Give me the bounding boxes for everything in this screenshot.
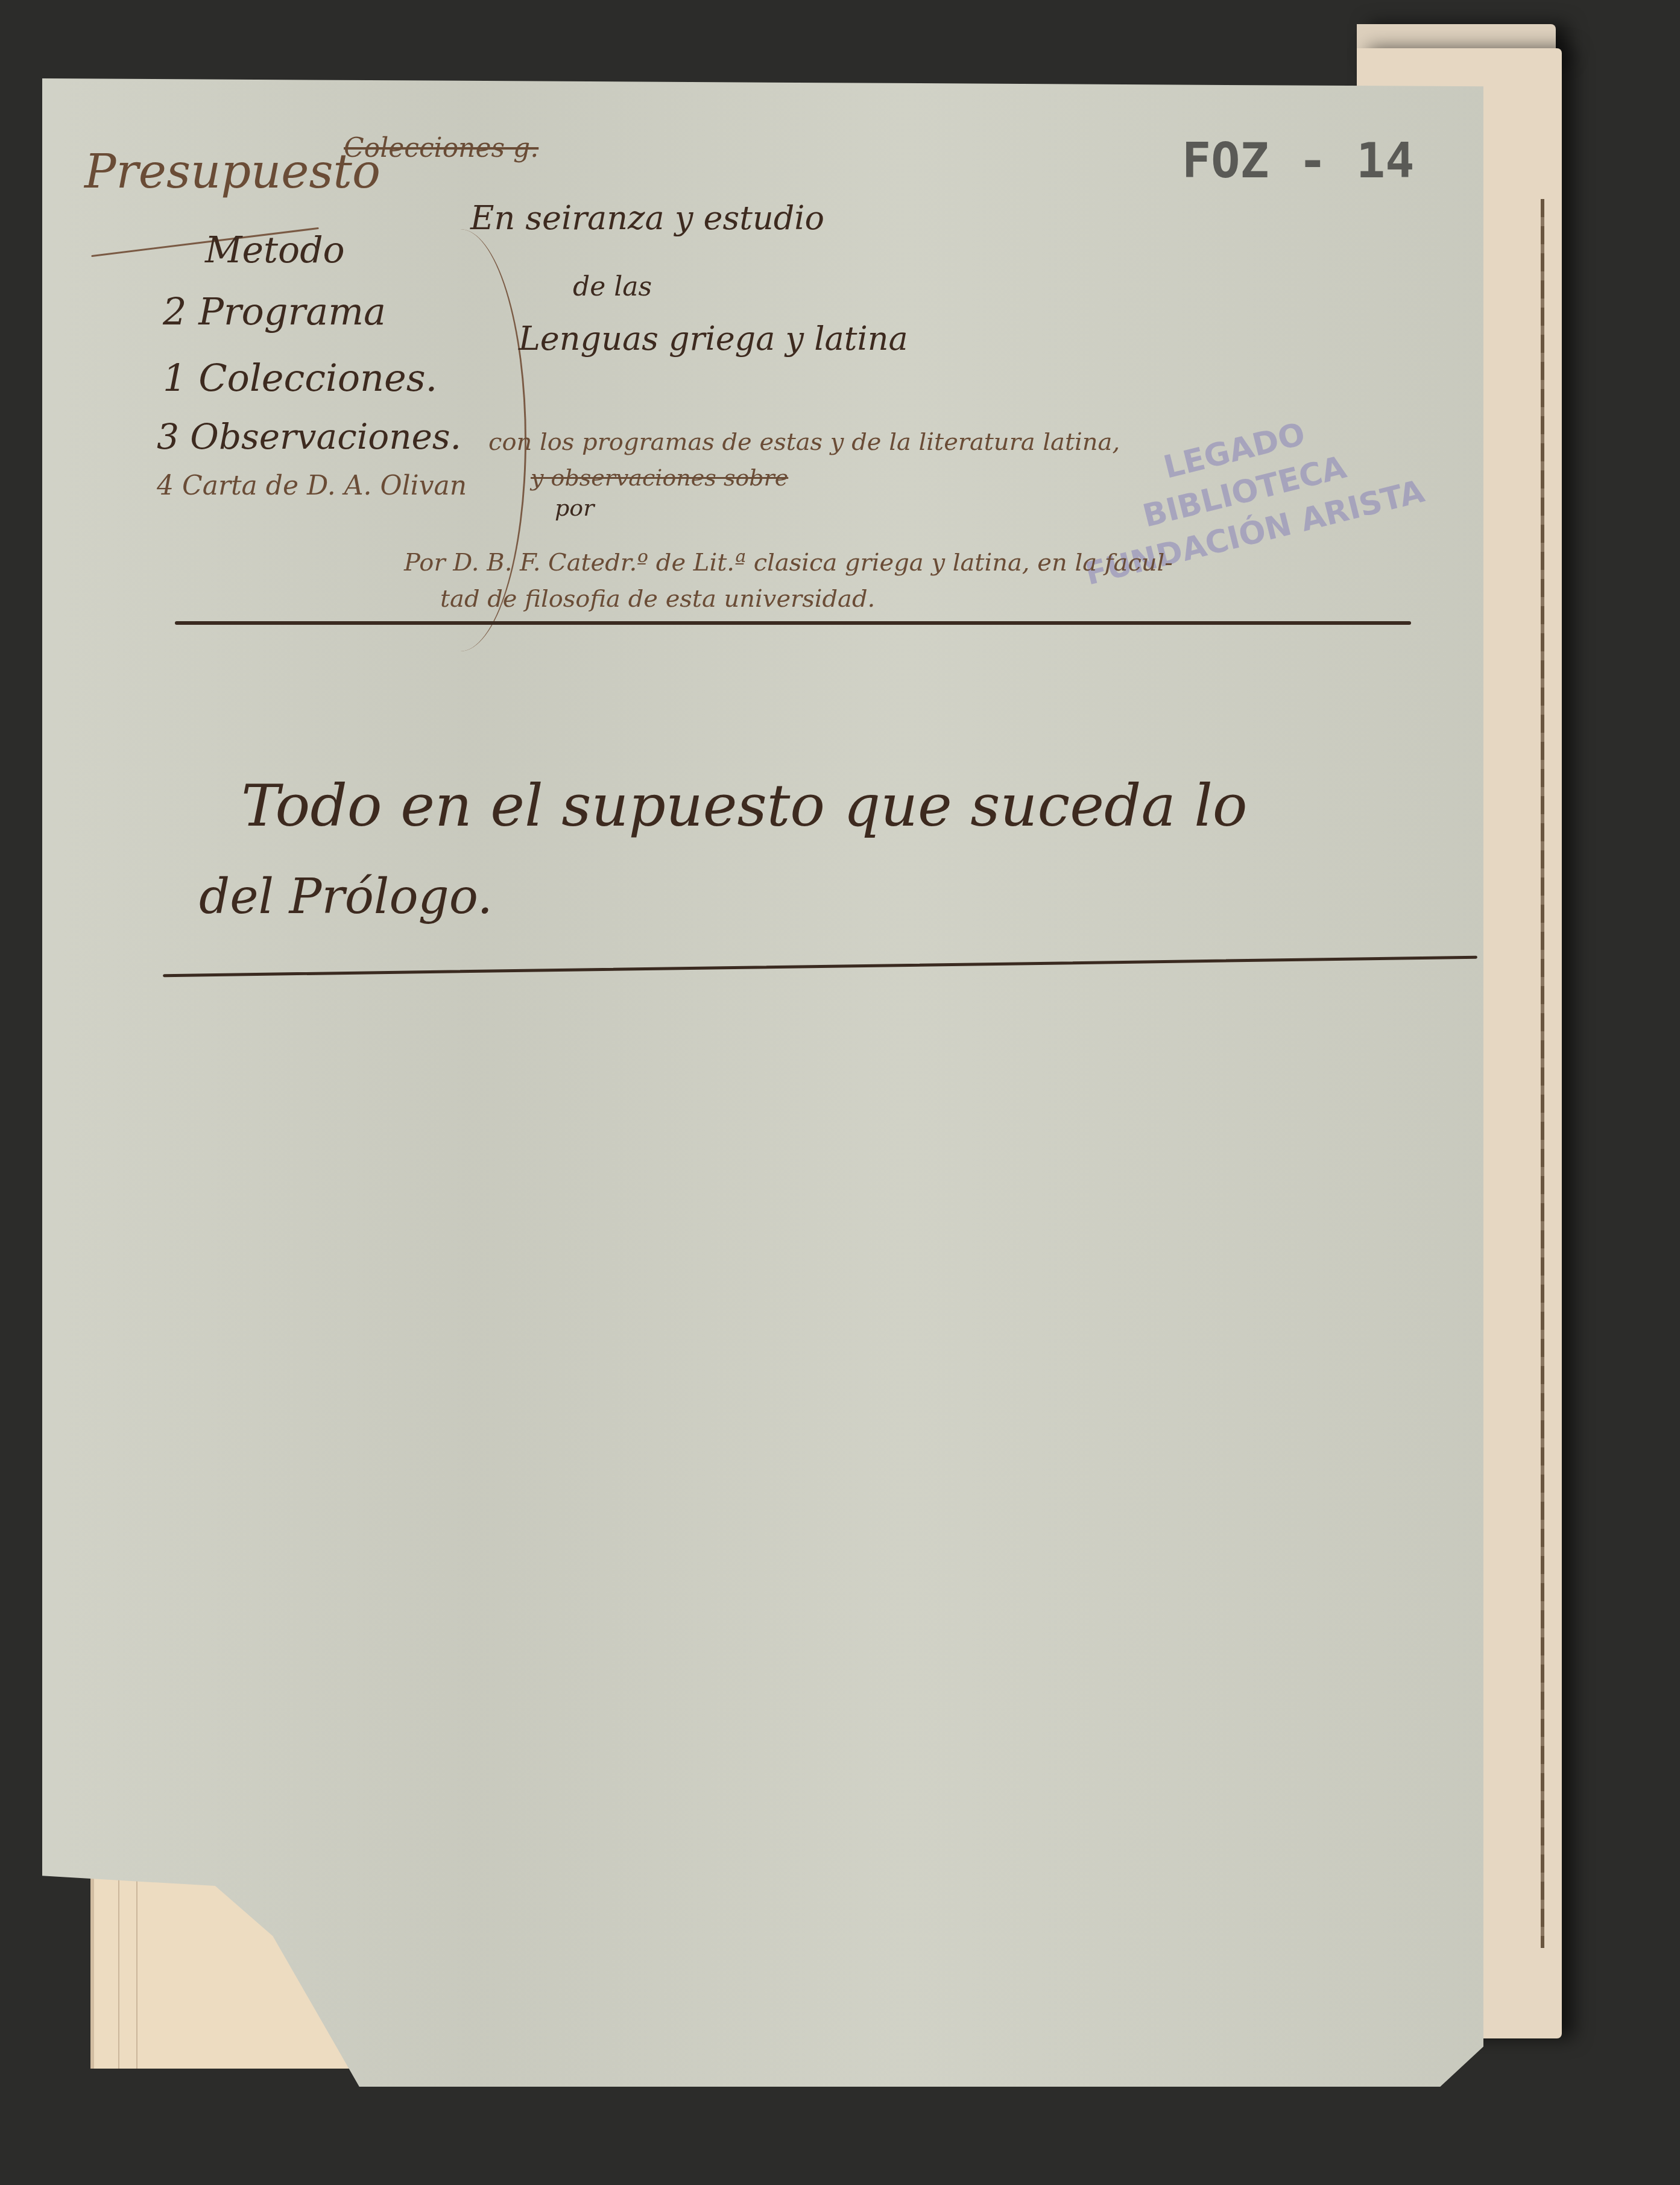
section-divider	[163, 956, 1477, 977]
margin-item-num: 3	[157, 416, 179, 457]
margin-item: 4 Carta de D. A. Olivan	[157, 470, 467, 501]
body-line: por	[555, 495, 594, 521]
margin-item: 3 Observaciones.	[157, 416, 461, 457]
title-line: En seiranza y estudio	[470, 199, 824, 237]
main-note-line: Todo en el supuesto que suceda lo	[241, 772, 1248, 840]
margin-heading-struck: Colecciones g.	[344, 133, 538, 163]
body-line-struck: y observaciones sobre	[531, 464, 788, 491]
margin-item-text: Metodo	[205, 229, 345, 271]
margin-item-text: Carta de D. A. Olivan	[182, 470, 467, 501]
title-line: de las	[573, 271, 652, 302]
margin-heading: Presupuesto	[84, 145, 381, 199]
margin-item-num: 1	[163, 356, 186, 400]
body-line: Por D. B. F. Catedr.º de Lit.ª clasica g…	[404, 549, 1173, 577]
body-line: con los programas de estas y de la liter…	[488, 428, 1120, 456]
margin-item-text: Colecciones.	[198, 356, 437, 400]
margin-item-num: 4	[157, 470, 174, 501]
margin-item-text: Observaciones.	[190, 416, 461, 457]
library-stamp: LEGADO BIBLIOTECA FUNDACIÓN ARISTA	[1018, 378, 1478, 635]
manuscript-page: FOZ - 14 LEGADO BIBLIOTECA FUNDACIÓN ARI…	[42, 78, 1483, 2087]
torn-page-edge	[1541, 199, 1544, 1948]
main-note-line: del Prólogo.	[199, 868, 493, 925]
margin-item-text: Programa	[198, 289, 386, 334]
margin-item: 2 Programa	[163, 289, 386, 334]
margin-item: Metodo	[205, 229, 345, 271]
margin-item-num: 2	[163, 289, 186, 334]
body-line: tad de filosofia de esta universidad.	[440, 585, 875, 613]
margin-item: 1 Colecciones.	[163, 356, 437, 400]
title-line: Lenguas griega y latina	[519, 320, 908, 358]
section-divider	[175, 621, 1411, 625]
archive-code: FOZ - 14	[1182, 133, 1414, 189]
